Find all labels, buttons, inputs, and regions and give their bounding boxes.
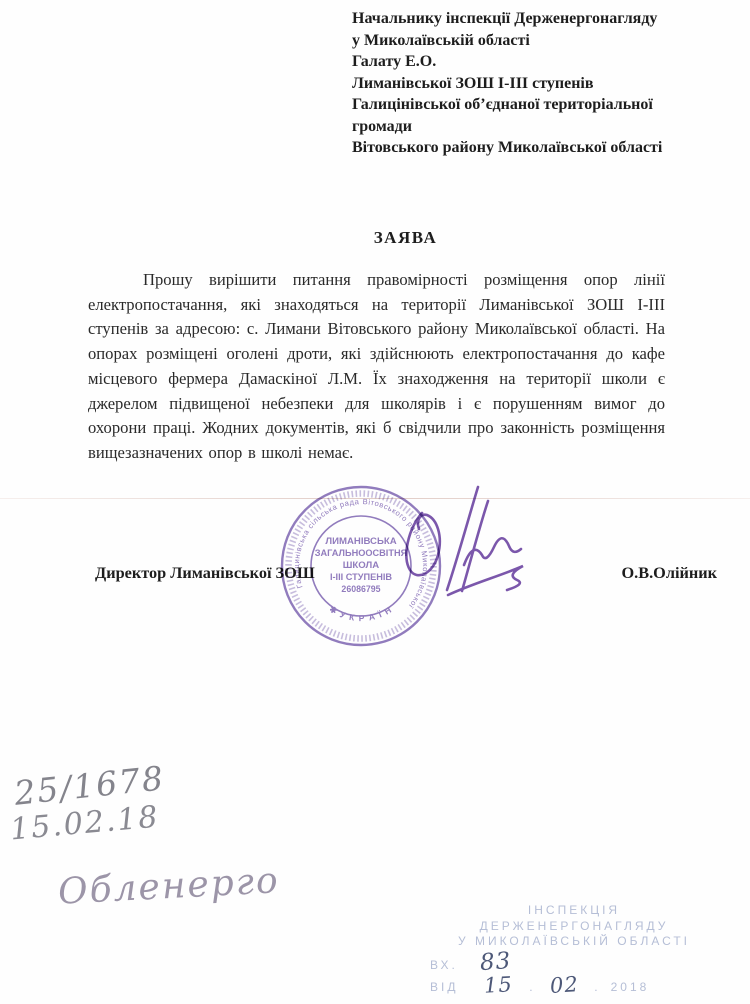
incoming-stamp: Інспекція Держенергонагляду у Миколаївсь… bbox=[430, 903, 718, 996]
stamp-incoming-number-row: ВХ. 83 bbox=[430, 951, 718, 974]
stamp-month-handwritten: 02 bbox=[549, 974, 579, 997]
recipient-line: громади bbox=[352, 116, 734, 138]
signature-loop bbox=[406, 513, 439, 575]
seal-center-line: ШКОЛА bbox=[343, 560, 379, 571]
stamp-day-handwritten: 15 bbox=[484, 974, 514, 996]
stamp-from-label: ВІД bbox=[430, 980, 458, 996]
recipient-line: Вітовського району Миколаївської області bbox=[352, 137, 734, 159]
recipient-line: у Миколаївській області bbox=[352, 30, 734, 52]
recipient-line: Галицінівської об’єднаної територіальної bbox=[352, 94, 734, 116]
stamp-org-line: Держенергонагляду bbox=[430, 919, 718, 935]
stamp-in-number-handwritten: 83 bbox=[479, 949, 512, 974]
stamp-year: 2018 bbox=[611, 980, 650, 996]
signature-flourish bbox=[448, 566, 523, 595]
signature-stroke bbox=[447, 487, 478, 590]
seal-center-number: 26086795 bbox=[341, 584, 380, 594]
recipient-block: Начальнику інспекції Держенергонагляду у… bbox=[352, 8, 734, 159]
document-title: ЗАЯВА bbox=[88, 228, 665, 248]
seal-center-line: І-ІІІ СТУПЕНІВ bbox=[330, 572, 392, 582]
stamp-separator: . bbox=[529, 980, 535, 996]
signatory-name: О.В.Олійник bbox=[621, 563, 717, 583]
scanned-document-page: Начальнику інспекції Держенергонагляду у… bbox=[0, 0, 750, 1004]
stamp-org-line: у Миколаївській області bbox=[430, 934, 718, 950]
stamp-org-line: Інспекція bbox=[430, 903, 718, 919]
seal-center-line: ЛИМАНІВСЬКА bbox=[325, 536, 396, 547]
stamp-date-row: ВІД 15 . 02 . 2018 bbox=[430, 975, 718, 996]
recipient-line: Галату Е.О. bbox=[352, 51, 734, 73]
handwritten-signature bbox=[390, 477, 532, 613]
document-body-paragraph: Прошу вирішити питання правомірності роз… bbox=[88, 268, 665, 466]
handwritten-note-oblenergo: Обленерго bbox=[57, 860, 280, 913]
stamp-in-label: ВХ. bbox=[430, 958, 458, 974]
stamp-separator: . bbox=[594, 980, 600, 996]
signature-squiggle bbox=[464, 538, 521, 565]
recipient-line: Начальнику інспекції Держенергонагляду bbox=[352, 8, 734, 30]
signature-stroke bbox=[462, 501, 488, 591]
recipient-line: Лиманівської ЗОШ І-ІІІ ступенів bbox=[352, 73, 734, 95]
